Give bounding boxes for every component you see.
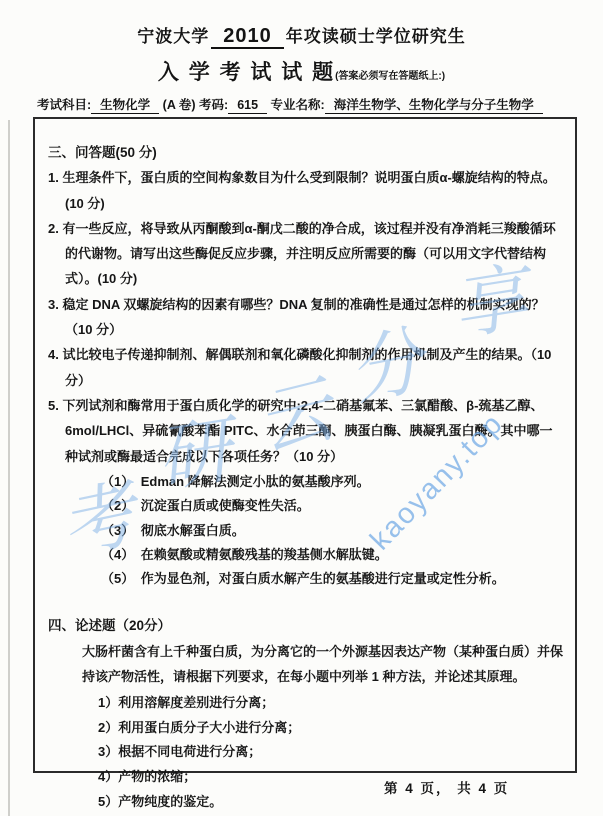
exam-title: 入 学 考 试 试 题 (158, 61, 335, 84)
scan-edge-artifact (8, 120, 10, 816)
task-item: （2） 沉淀蛋白质或使酶变性失活。 (101, 494, 564, 518)
task-item: （4） 在赖氨酸或精氨酸残基的羧基侧水解肽键。 (101, 543, 564, 567)
question-content-box: 三、问答题(50 分) 1. 生理条件下，蛋白质的空间构象数目为什么受到限制？说… (33, 117, 577, 773)
method-item: 1）利用溶解度差别进行分离； (98, 691, 564, 716)
code-value: 615 (228, 98, 267, 114)
question-item: 2. 有一些反应，将导致从丙酮酸到α-酮戊二酸的净合成，该过程并没有净消耗三羧酸… (48, 216, 564, 292)
task-item: （5） 作为显色剂，对蛋白质水解产生的氨基酸进行定量或定性分析。 (101, 567, 564, 591)
exam-title-line: 入 学 考 试 试 题(答案必须写在答题纸上:) (0, 56, 603, 86)
essay-intro-paragraph: 大肠杆菌含有上千种蛋白质，为分离它的一个外源基因表达产物（某种蛋白质）并保持该产… (82, 639, 564, 690)
subject-value: 生物化学 (91, 98, 159, 114)
question-item: 3. 稳定 DNA 双螺旋结构的因素有哪些？DNA 复制的准确性是通过怎样的机制… (48, 292, 564, 343)
subject-label: 考试科目: (37, 98, 91, 112)
page-number: 第 4 页， 共 4 页 (384, 777, 509, 797)
section-essay-heading: 四、论述题（20分） (48, 613, 564, 638)
question5-task-list: （1） Edman 降解法测定小肽的氨基酸序列。 （2） 沉淀蛋白质或使酶变性失… (101, 470, 564, 592)
exam-meta-line: 考试科目:生物化学 (A 卷) 考码:615 专业名称:海洋生物学、生物化学与分… (37, 95, 582, 113)
question-item: 1. 生理条件下，蛋白质的空间构象数目为什么受到限制？说明蛋白质α-螺旋结构的特… (48, 165, 564, 216)
major-label: 专业名称: (271, 98, 325, 112)
header-line1-suffix: 年攻读硕士学位研究生 (286, 27, 466, 46)
paper-variant: (A 卷) (163, 98, 196, 112)
task-item: （1） Edman 降解法测定小肽的氨基酸序列。 (101, 470, 564, 494)
university-name: 宁波大学 (137, 27, 209, 46)
major-value: 海洋生物学、生物化学与分子生物学 (325, 98, 543, 114)
answer-sheet-note: (答案必须写在答题纸上:) (335, 71, 445, 82)
exam-header-line1: 宁波大学2010年攻读硕士学位研究生 (0, 22, 603, 48)
exam-paper-page: 宁波大学2010年攻读硕士学位研究生 入 学 考 试 试 题(答案必须写在答题纸… (0, 0, 603, 816)
task-item: （3） 彻底水解蛋白质。 (101, 519, 564, 543)
exam-year: 2010 (211, 25, 284, 49)
method-item: 3）根据不同电荷进行分离； (98, 740, 564, 765)
question-item: 5. 下列试剂和酶常用于蛋白质化学的研究中:2,4-二硝基氟苯、三氯醋酸、β-巯… (48, 393, 564, 469)
section-qa-heading: 三、问答题(50 分) (48, 140, 564, 165)
method-item: 2）利用蛋白质分子大小进行分离； (98, 716, 564, 741)
question-item: 4. 试比较电子传递抑制剂、解偶联剂和氧化磷酸化抑制剂的作用机制及产生的结果。（… (48, 342, 564, 393)
code-label: 考码: (199, 98, 228, 112)
